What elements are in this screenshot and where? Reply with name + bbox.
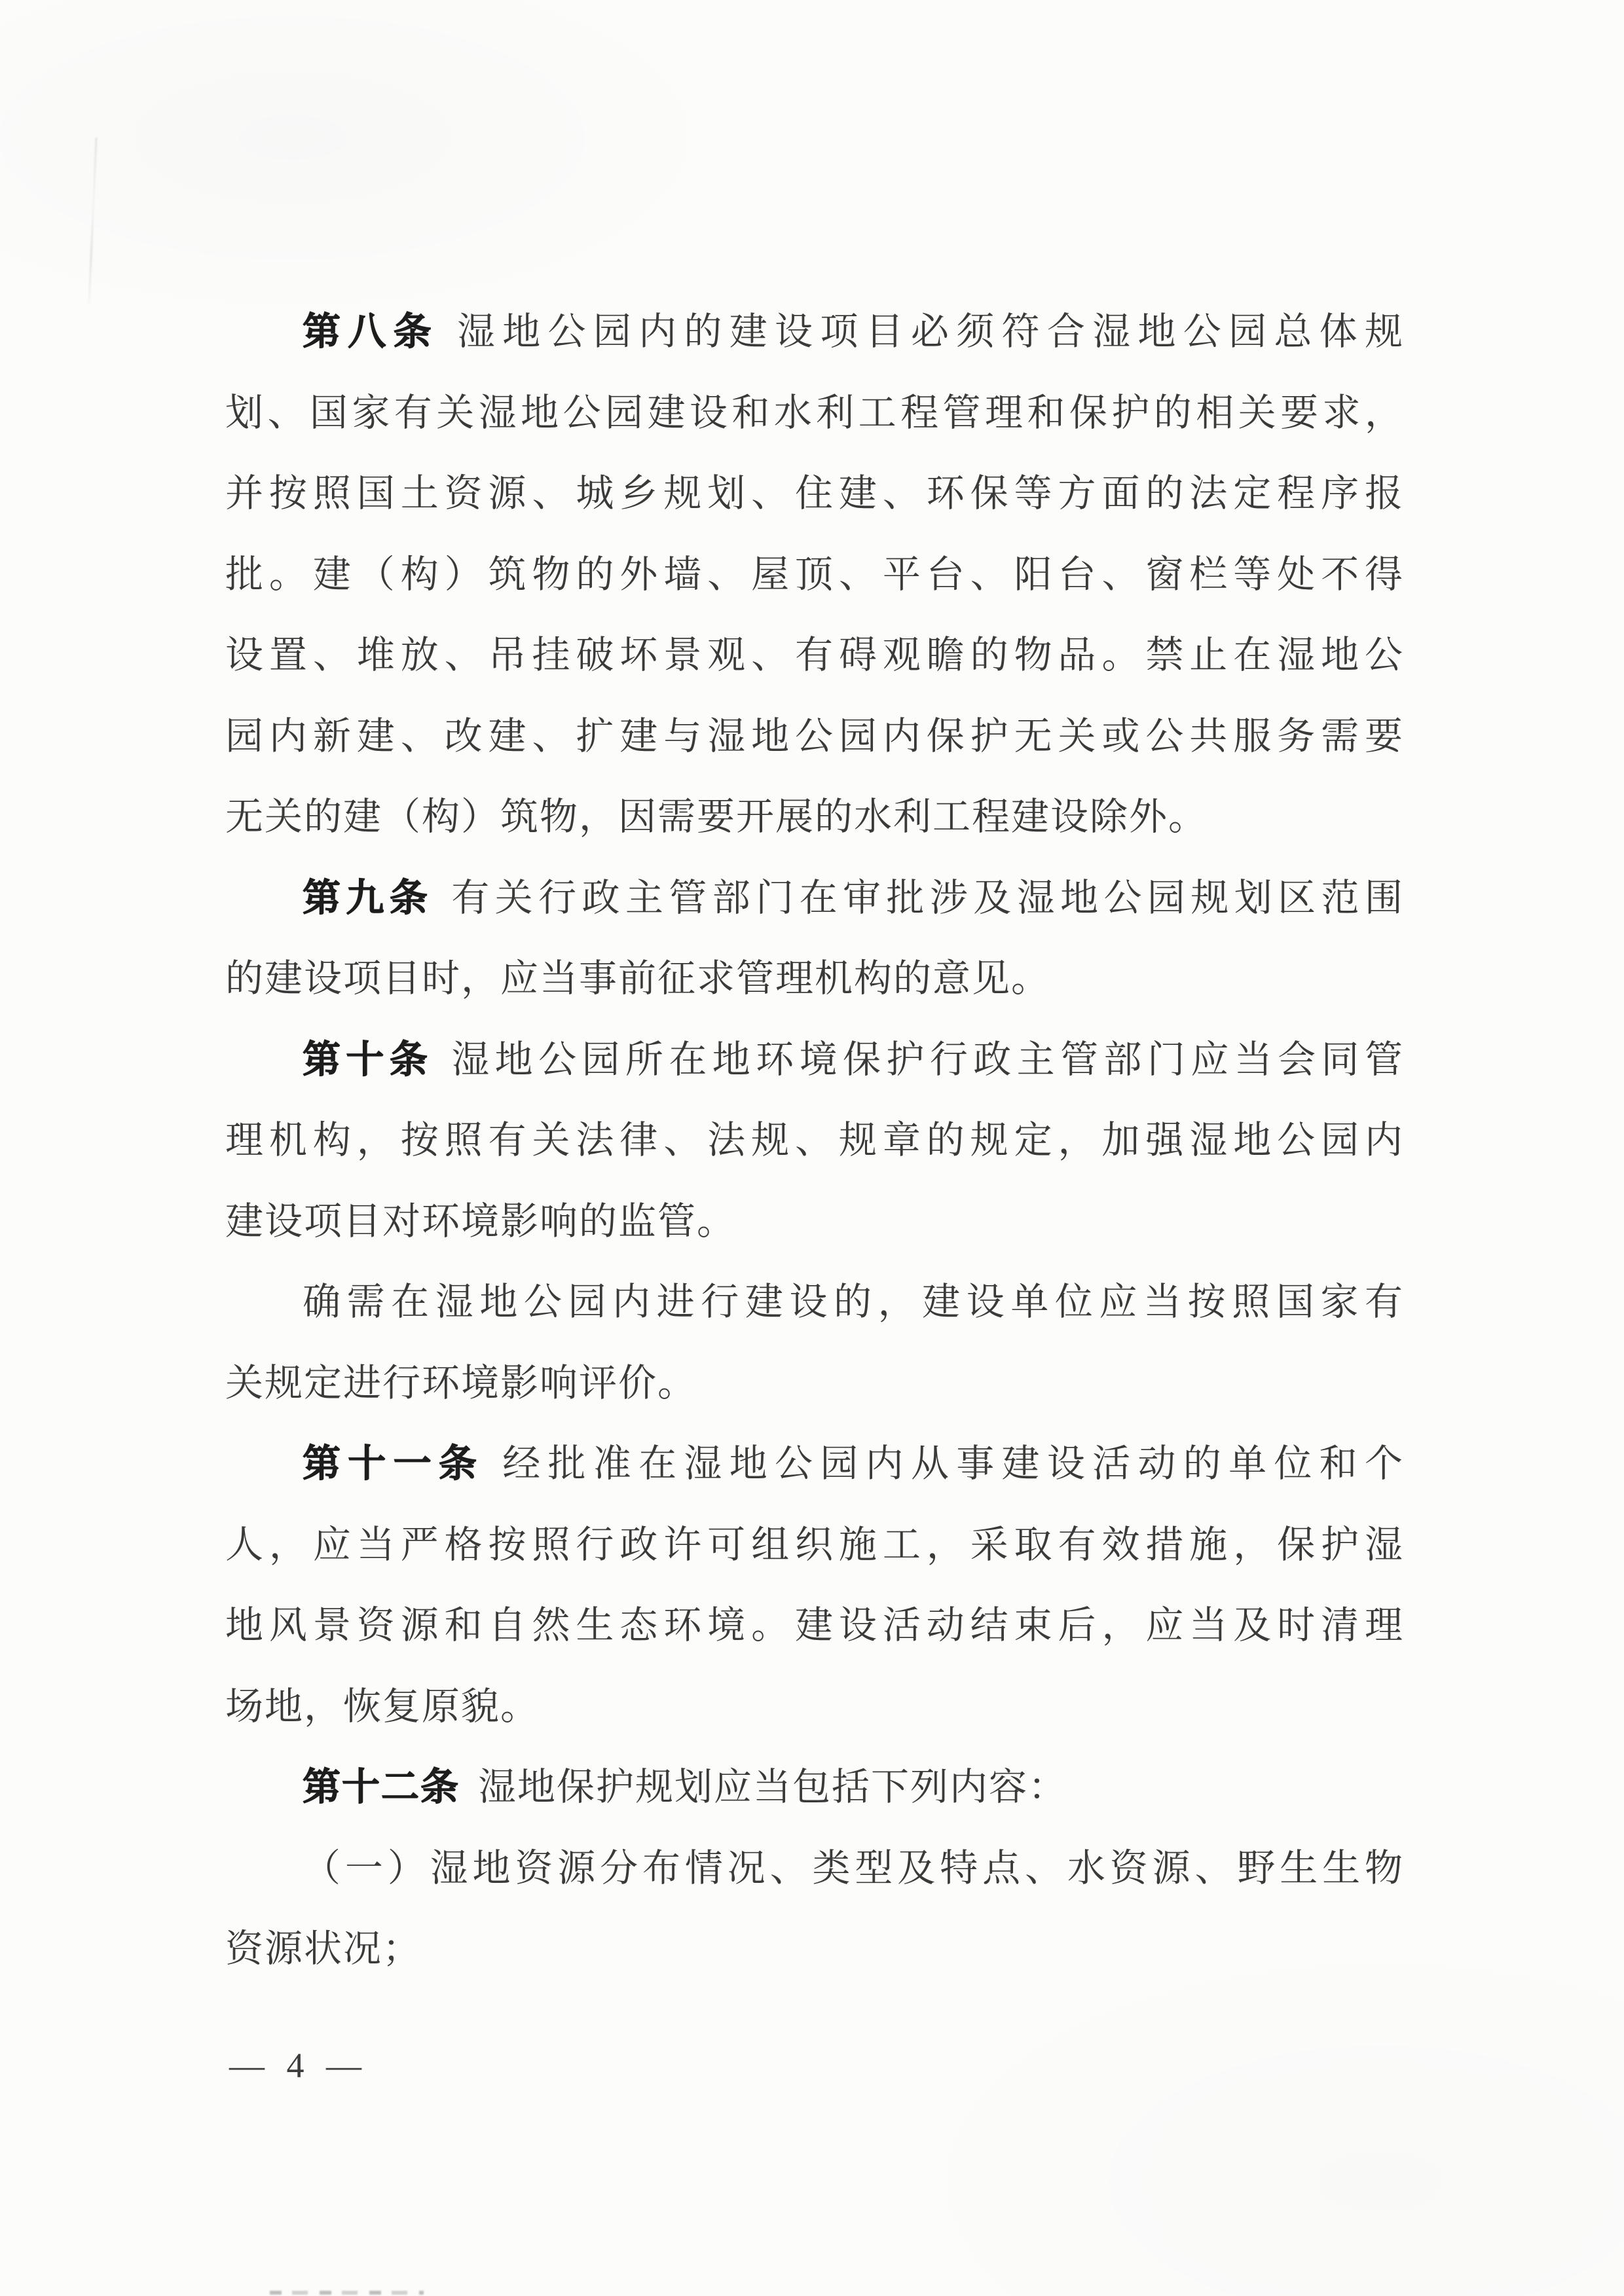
article-number: 第十二条 — [303, 1766, 460, 1808]
line-text: 经批准在湿地公园内从事建设活动的单位和个 — [502, 1442, 1404, 1485]
line-text: 理机构，按照有关法律、法规、规章的规定，加强湿地公园内 — [225, 1119, 1404, 1161]
text-line: 并按照国土资源、城乡规划、住建、环保等方面的法定程序报 — [225, 453, 1404, 534]
line-text: 资源状况； — [225, 1927, 422, 1970]
scan-smudge-artifact — [270, 2291, 424, 2295]
text-line: 场地，恢复原貌。 — [225, 1666, 1404, 1747]
text-line: 的建设项目时，应当事前征求管理机构的意见。 — [225, 938, 1404, 1019]
text-line: 人，应当严格按照行政许可组织施工，采取有效措施，保护湿 — [225, 1504, 1404, 1586]
document-body: 第八条湿地公园内的建设项目必须符合湿地公园总体规划、国家有关湿地公园建设和水利工… — [225, 291, 1404, 1990]
page-number: — 4 — — [229, 2045, 368, 2086]
text-line: 无关的建（构）筑物，因需要开展的水利工程建设除外。 — [225, 776, 1404, 858]
text-line: 建设项目对环境影响的监管。 — [225, 1181, 1404, 1262]
scan-edge-artifact — [88, 137, 97, 304]
text-line: 确需在湿地公园内进行建设的，建设单位应当按照国家有 — [225, 1262, 1404, 1343]
text-line: 划、国家有关湿地公园建设和水利工程管理和保护的相关要求， — [225, 373, 1404, 454]
line-text: 并按照国土资源、城乡规划、住建、环保等方面的法定程序报 — [225, 472, 1404, 515]
line-text: 场地，恢复原貌。 — [225, 1685, 540, 1728]
line-text: （一）湿地资源分布情况、类型及特点、水资源、野生生物 — [303, 1847, 1404, 1889]
line-text: 无关的建（构）筑物，因需要开展的水利工程建设除外。 — [225, 795, 1208, 838]
text-line: 资源状况； — [225, 1908, 1404, 1990]
text-line: 园内新建、改建、扩建与湿地公园内保护无关或公共服务需要 — [225, 696, 1404, 777]
text-line: （一）湿地资源分布情况、类型及特点、水资源、野生生物 — [225, 1828, 1404, 1909]
line-text: 湿地公园所在地环境保护行政主管部门应当会同管 — [451, 1038, 1404, 1081]
text-line: 第十条湿地公园所在地环境保护行政主管部门应当会同管 — [225, 1019, 1404, 1101]
article-number: 第十条 — [303, 1038, 433, 1081]
text-line: 设置、堆放、吊挂破坏景观、有碍观瞻的物品。禁止在湿地公 — [225, 615, 1404, 696]
line-text: 建设项目对环境影响的监管。 — [225, 1200, 736, 1243]
line-text: 人，应当严格按照行政许可组织施工，采取有效措施，保护湿 — [225, 1523, 1404, 1566]
line-text: 湿地公园内的建设项目必须符合湿地公园总体规 — [457, 310, 1404, 353]
text-line: 关规定进行环境影响评价。 — [225, 1343, 1404, 1424]
text-line: 地风景资源和自然生态环境。建设活动结束后，应当及时清理 — [225, 1585, 1404, 1666]
line-text: 确需在湿地公园内进行建设的，建设单位应当按照国家有 — [303, 1281, 1404, 1323]
article-number: 第九条 — [303, 877, 433, 919]
line-text: 的建设项目时，应当事前征求管理机构的意见。 — [225, 957, 1050, 1000]
text-line: 第八条湿地公园内的建设项目必须符合湿地公园总体规 — [225, 291, 1404, 373]
line-text: 地风景资源和自然生态环境。建设活动结束后，应当及时清理 — [225, 1604, 1404, 1647]
line-text: 批。建（构）筑物的外墙、屋顶、平台、阳台、窗栏等处不得 — [225, 553, 1404, 596]
text-line: 第九条有关行政主管部门在审批涉及湿地公园规划区范围 — [225, 858, 1404, 939]
line-text: 设置、堆放、吊挂破坏景观、有碍观瞻的物品。禁止在湿地公 — [225, 634, 1404, 676]
line-text: 关规定进行环境影响评价。 — [225, 1362, 697, 1404]
line-text: 有关行政主管部门在审批涉及湿地公园规划区范围 — [451, 877, 1404, 919]
line-text: 园内新建、改建、扩建与湿地公园内保护无关或公共服务需要 — [225, 715, 1404, 757]
text-line: 第十一条经批准在湿地公园内从事建设活动的单位和个 — [225, 1423, 1404, 1504]
document-page: 第八条湿地公园内的建设项目必须符合湿地公园总体规划、国家有关湿地公园建设和水利工… — [0, 0, 1624, 2296]
article-number: 第十一条 — [303, 1442, 484, 1485]
line-text: 划、国家有关湿地公园建设和水利工程管理和保护的相关要求， — [225, 392, 1404, 434]
article-number: 第八条 — [303, 310, 439, 353]
line-text: 湿地保护规划应当包括下列内容： — [478, 1766, 1067, 1808]
text-line: 批。建（构）筑物的外墙、屋顶、平台、阳台、窗栏等处不得 — [225, 534, 1404, 615]
text-line: 第十二条湿地保护规划应当包括下列内容： — [225, 1747, 1404, 1828]
text-line: 理机构，按照有关法律、法规、规章的规定，加强湿地公园内 — [225, 1100, 1404, 1181]
